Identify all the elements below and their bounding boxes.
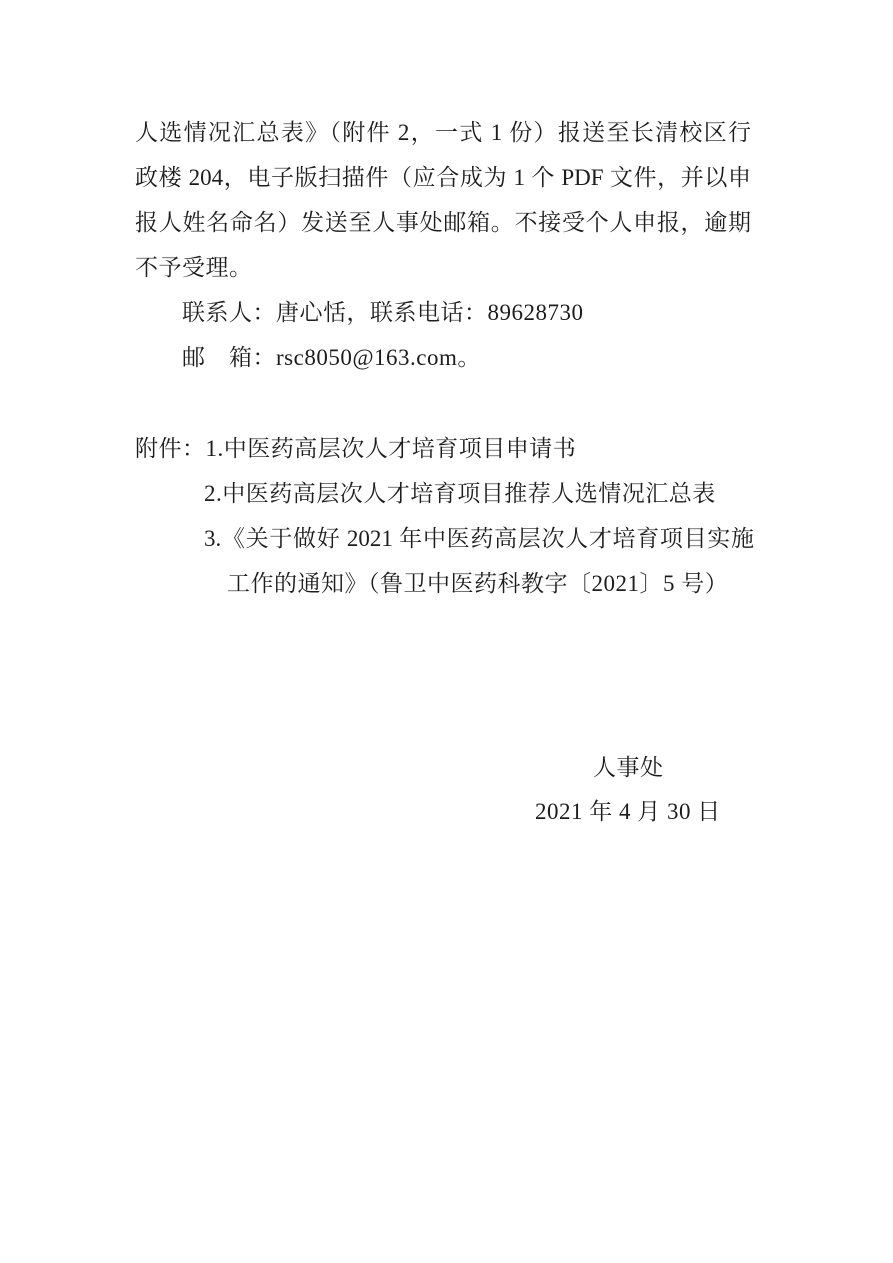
paragraph-line-2: 政楼 204，电子版扫描件（应合成为 1 个 PDF 文件，并以申 — [135, 162, 751, 194]
document-page: 人选情况汇总表》（附件 2，一式 1 份）报送至长清校区行 政楼 204，电子版… — [0, 0, 893, 1263]
paragraph-line-3: 报人姓名命名）发送至人事处邮箱。不接受个人申报，逾期 — [135, 207, 751, 239]
signature-date: 2021 年 4 月 30 日 — [535, 796, 721, 828]
attachment-item-1: 附件：1.中医药高层次人才培育项目申请书 — [135, 433, 576, 465]
contact-person-line: 联系人：唐心恬，联系电话：89628730 — [182, 297, 584, 329]
paragraph-line-4: 不予受理。 — [135, 252, 253, 284]
contact-email-line: 邮 箱：rsc8050@163.com。 — [182, 342, 481, 374]
attachment-item-3: 3.《关于做好 2021 年中医药高层次人才培育项目实施 — [204, 523, 754, 555]
signature-department: 人事处 — [593, 752, 664, 784]
attachment-item-3-wrap-line: 工作的通知》（鲁卫中医药科教字〔2021〕5 号） — [227, 568, 728, 600]
attachment-item-2: 2.中医药高层次人才培育项目推荐人选情况汇总表 — [204, 478, 716, 510]
paragraph-line-1: 人选情况汇总表》（附件 2，一式 1 份）报送至长清校区行 — [135, 117, 751, 149]
